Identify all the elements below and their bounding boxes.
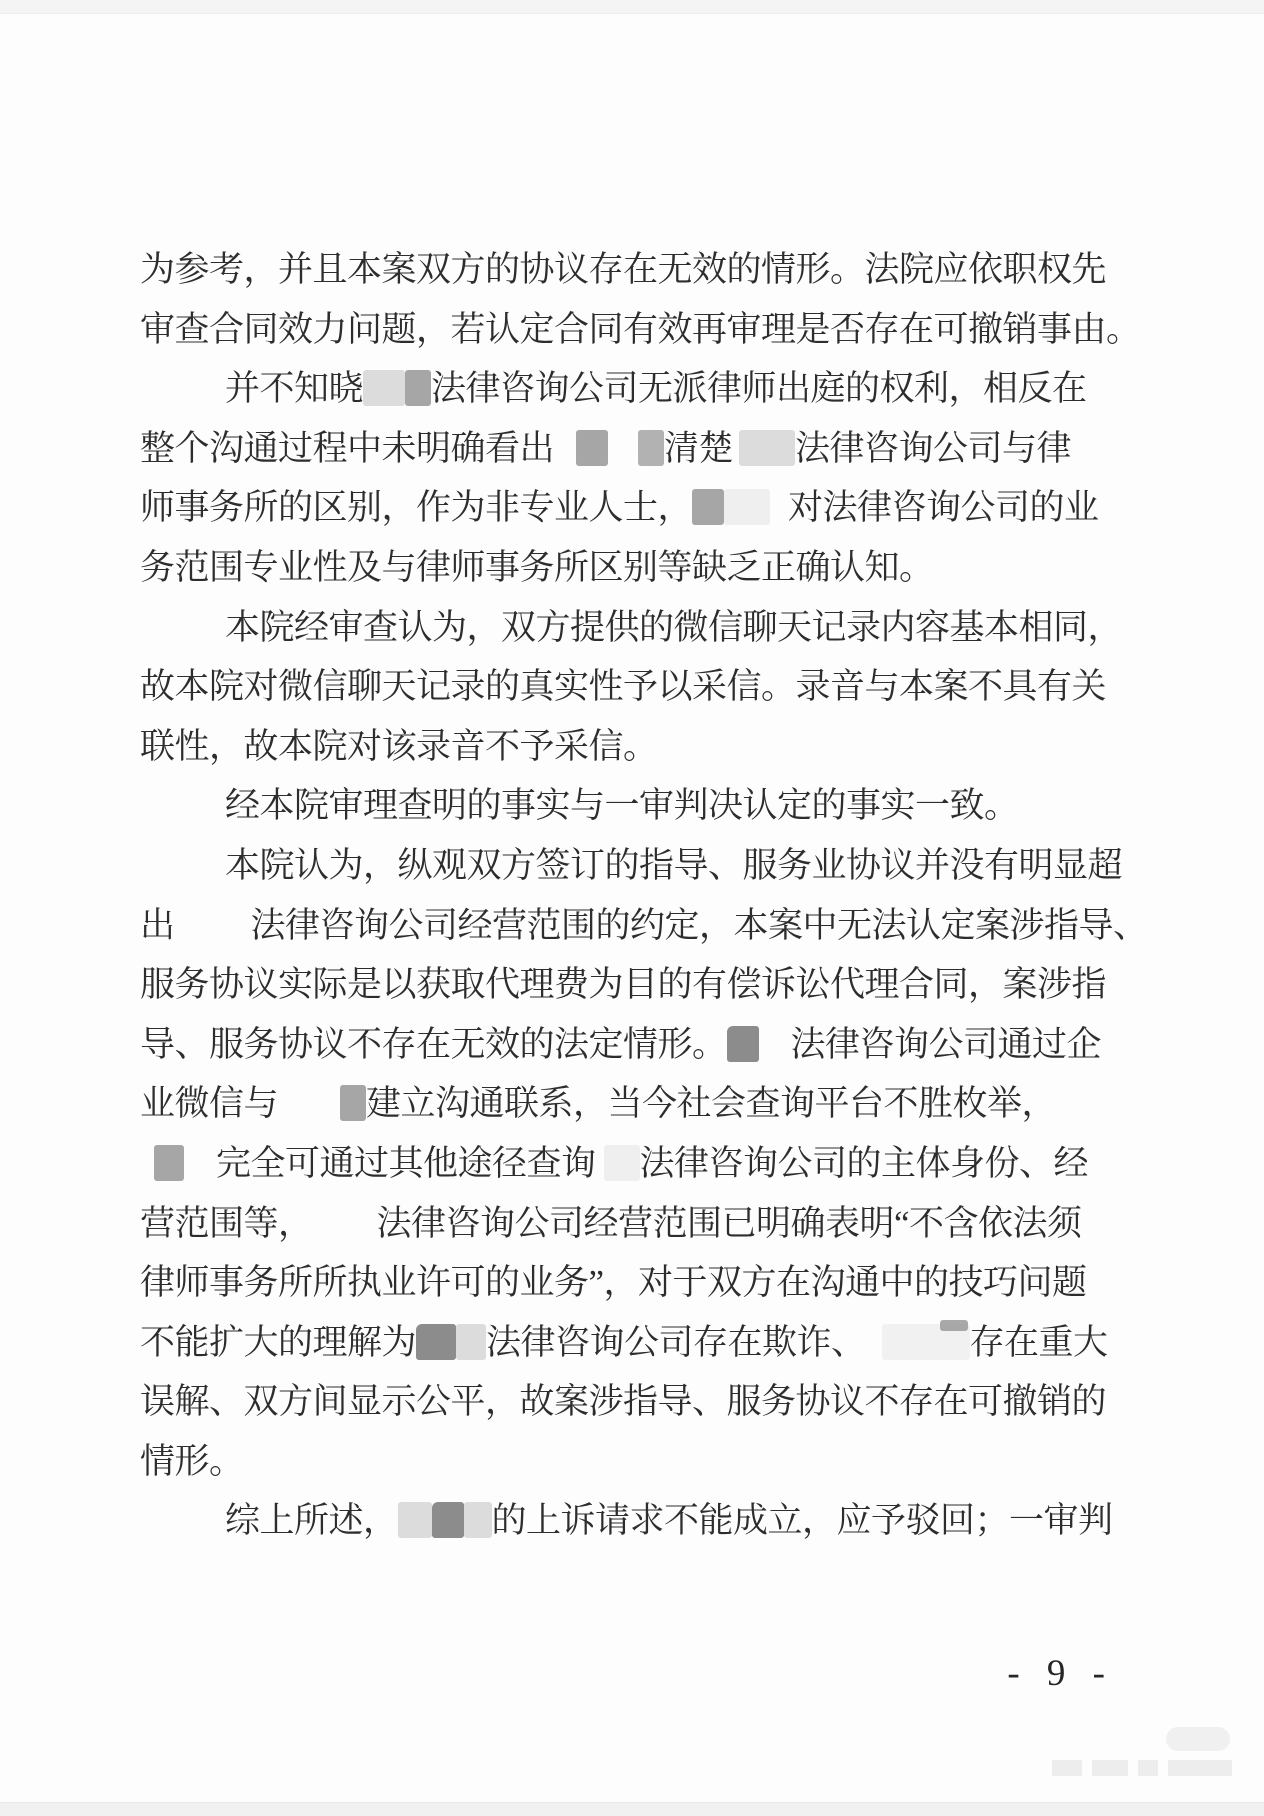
redaction-box: [432, 1502, 464, 1538]
redaction-box: [739, 430, 795, 466]
document-line: 联性，故本院对该录音不予采信。: [140, 717, 1150, 777]
redaction-box: [576, 430, 608, 466]
text-segment: 不能扩大的理解为: [140, 1323, 416, 1362]
document-line: 出法律咨询公司经营范围的约定，本案中无法认定案涉指导、: [140, 896, 1150, 956]
text-segment: 存在重大: [970, 1323, 1108, 1362]
text-segment: 为参考，并且本案双方的协议存在无效的情形。法院应依职权先: [140, 250, 1106, 289]
redaction-box: [154, 1145, 184, 1181]
redaction-gap: [596, 1167, 604, 1175]
redaction-gap: [278, 1107, 340, 1115]
scan-edge-top: [0, 0, 1264, 14]
text-segment: 综上所述，: [225, 1501, 398, 1540]
redaction-gap: [866, 1346, 882, 1354]
judgment-text-block: 为参考，并且本案双方的协议存在无效的情形。法院应依职权先审查合同效力问题，若认定…: [140, 240, 1150, 1551]
text-segment: 法律咨询公司经营范围已明确表明“不含依法须: [377, 1204, 1082, 1243]
document-line: 导、服务协议不存在无效的法定情形。法律咨询公司通过企: [140, 1015, 1150, 1075]
document-line: 并不知晓法律咨询公司无派律师出庭的权利，相反在: [140, 359, 1150, 419]
document-line: 经本院审理查明的事实与一审判决认定的事实一致。: [140, 776, 1150, 836]
watermark-block: [1168, 1760, 1232, 1776]
text-segment: 建立沟通联系，当今社会查询平台不胜枚举，: [366, 1084, 1056, 1123]
watermark-badge: [1166, 1727, 1230, 1751]
redaction-box: [363, 370, 405, 406]
watermark-block: [1052, 1760, 1082, 1776]
redaction-box: [464, 1502, 492, 1538]
redaction-box: [340, 1085, 366, 1121]
text-segment: 务范围专业性及与律师事务所区别等缺乏正确认知。: [140, 548, 934, 587]
text-segment: 法律咨询公司与律: [795, 429, 1071, 468]
text-segment: 误解、双方间显示公平，故案涉指导、服务协议不存在可撤销的: [140, 1382, 1106, 1421]
text-segment: 联性，故本院对该录音不予采信。: [140, 727, 658, 766]
text-segment: 业微信与: [140, 1084, 278, 1123]
text-segment: 法律咨询公司的主体身份、经: [640, 1144, 1089, 1183]
text-segment: 服务协议实际是以获取代理费为目的有偿诉讼代理合同，案涉指: [140, 965, 1106, 1004]
redaction-box: [456, 1324, 486, 1360]
redaction-box: [882, 1324, 970, 1360]
redaction-gap: [175, 929, 251, 937]
redaction-box: [398, 1502, 432, 1538]
scanned-judgment-page: 为参考，并且本案双方的协议存在无效的情形。法院应依职权先审查合同效力问题，若认定…: [0, 0, 1264, 1816]
document-line: 师事务所的区别，作为非专业人士，对法律咨询公司的业: [140, 478, 1150, 538]
document-line: 为参考，并且本案双方的协议存在无效的情形。法院应依职权先: [140, 240, 1150, 300]
document-line: 情形。: [140, 1432, 1150, 1492]
redaction-gap: [184, 1167, 216, 1175]
redaction-box: [638, 430, 664, 466]
document-line: 综上所述，的上诉请求不能成立，应予驳回；一审判: [140, 1491, 1150, 1551]
redaction-gap: [313, 1227, 377, 1235]
redaction-box: [416, 1324, 456, 1360]
scan-edge-bottom: [0, 1802, 1264, 1816]
redaction-gap: [759, 1048, 791, 1056]
text-segment: 整个沟通过程中未明确看出: [140, 429, 554, 468]
text-segment: 完全可通过其他途径查询: [216, 1144, 596, 1183]
text-segment: 律师事务所所执业许可的业务”，对于双方在沟通中的技巧问题: [140, 1263, 1087, 1302]
text-segment: 出: [140, 906, 175, 945]
text-segment: 的上诉请求不能成立，应予驳回；一审判: [492, 1501, 1113, 1540]
document-line: 服务协议实际是以获取代理费为目的有偿诉讼代理合同，案涉指: [140, 955, 1150, 1015]
watermark-block: [1138, 1760, 1158, 1776]
redaction-box: [604, 1145, 640, 1181]
text-segment: 情形。: [140, 1442, 244, 1481]
watermark-text-blocks: [1052, 1760, 1232, 1776]
document-line: 律师事务所所执业许可的业务”，对于双方在沟通中的技巧问题: [140, 1253, 1150, 1313]
text-segment: 营范围等，: [140, 1204, 313, 1243]
page-number: - 9 -: [1007, 1652, 1106, 1695]
redaction-box: [692, 489, 724, 525]
text-segment: 清楚: [664, 429, 733, 468]
document-line: 不能扩大的理解为法律咨询公司存在欺诈、存在重大: [140, 1313, 1150, 1373]
document-line: 营范围等，法律咨询公司经营范围已明确表明“不含依法须: [140, 1194, 1150, 1254]
document-line: 误解、双方间显示公平，故案涉指导、服务协议不存在可撤销的: [140, 1372, 1150, 1432]
text-segment: 经本院审理查明的事实与一审判决认定的事实一致。: [225, 786, 1019, 825]
text-segment: 法律咨询公司通过企: [791, 1025, 1102, 1064]
text-segment: 审查合同效力问题，若认定合同有效再审理是否存在可撤销事由。: [140, 310, 1141, 349]
document-line: 业微信与建立沟通联系，当今社会查询平台不胜枚举，: [140, 1074, 1150, 1134]
document-line: 本院经审查认为，双方提供的微信聊天记录内容基本相同，: [140, 598, 1150, 658]
text-segment: 故本院对微信聊天记录的真实性予以采信。录音与本案不具有关: [140, 667, 1106, 706]
document-line: 整个沟通过程中未明确看出清楚法律咨询公司与律: [140, 419, 1150, 479]
text-segment: 本院经审查认为，双方提供的微信聊天记录内容基本相同，: [225, 608, 1122, 647]
text-segment: 师事务所的区别，作为非专业人士，: [140, 488, 692, 527]
redaction-box: [405, 370, 431, 406]
redaction-gap: [140, 1167, 154, 1175]
text-segment: 导、服务协议不存在无效的法定情形。: [140, 1025, 727, 1064]
document-line: 本院认为，纵观双方签订的指导、服务业协议并没有明显超: [140, 836, 1150, 896]
text-segment: 对法律咨询公司的业: [788, 488, 1099, 527]
redaction-box: [727, 1026, 759, 1062]
document-line: 故本院对微信聊天记录的真实性予以采信。录音与本案不具有关: [140, 657, 1150, 717]
redaction-box: [724, 489, 770, 525]
text-segment: 法律咨询公司经营范围的约定，本案中无法认定案涉指导、: [251, 906, 1148, 945]
document-line: 务范围专业性及与律师事务所区别等缺乏正确认知。: [140, 538, 1150, 598]
watermark-block: [1092, 1760, 1128, 1776]
text-segment: 并不知晓: [225, 369, 363, 408]
redaction-gap: [770, 511, 788, 519]
redaction-gap: [554, 452, 576, 460]
text-segment: 法律咨询公司存在欺诈、: [486, 1323, 866, 1362]
text-segment: 法律咨询公司无派律师出庭的权利，相反在: [431, 369, 1087, 408]
text-segment: 本院认为，纵观双方签订的指导、服务业协议并没有明显超: [225, 846, 1122, 885]
document-line: 审查合同效力问题，若认定合同有效再审理是否存在可撤销事由。: [140, 300, 1150, 360]
document-line: 完全可通过其他途径查询法律咨询公司的主体身份、经: [140, 1134, 1150, 1194]
redaction-gap: [608, 452, 638, 460]
